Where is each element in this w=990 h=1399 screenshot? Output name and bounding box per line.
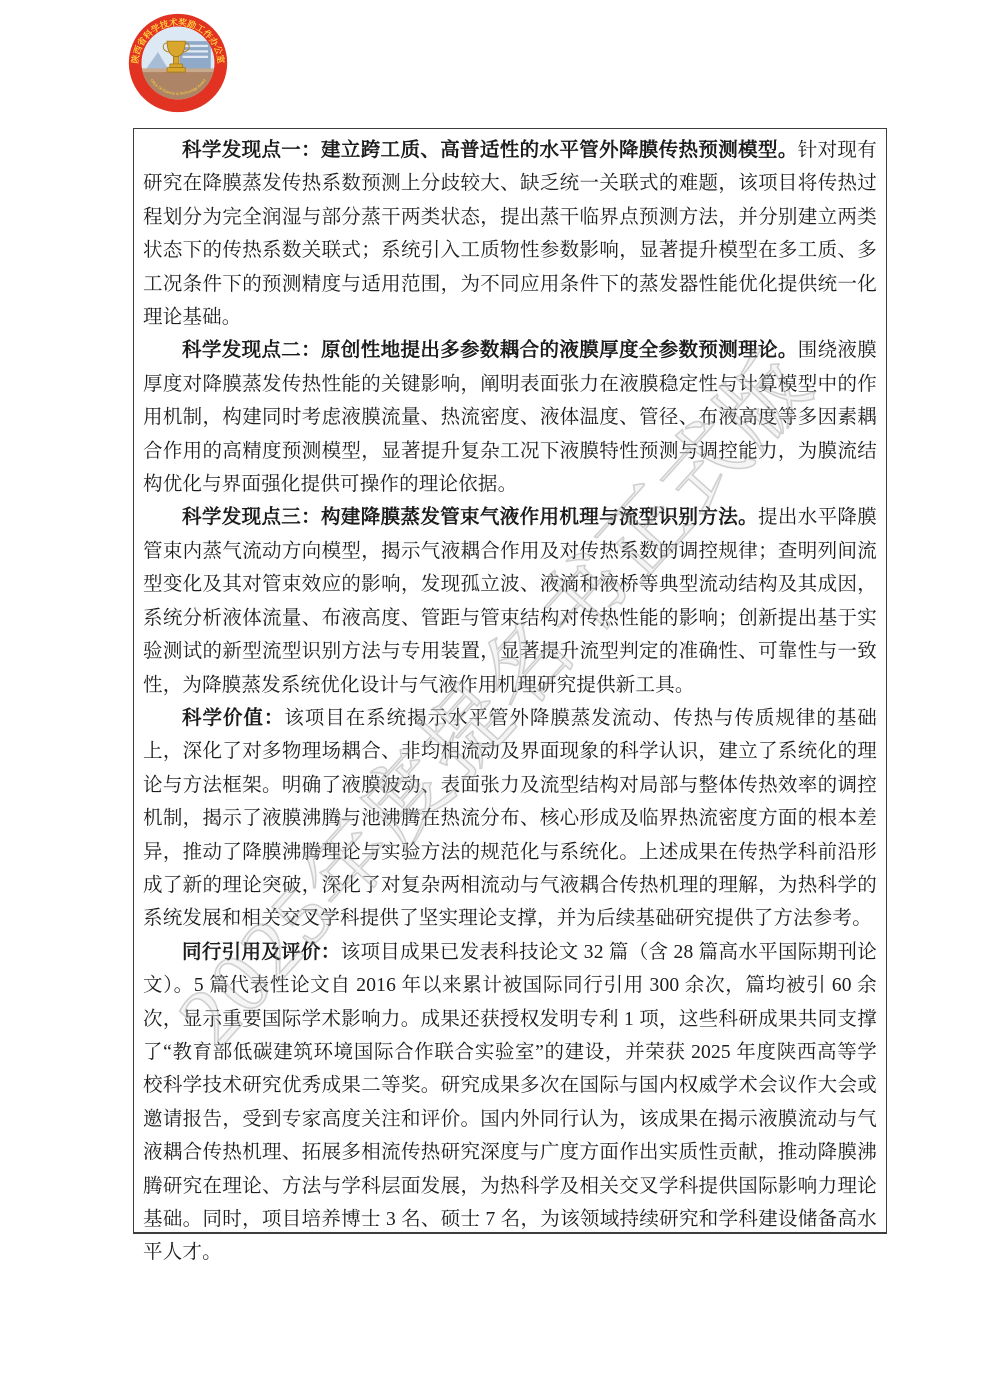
paragraph-discovery-3: 科学发现点三：构建降膜蒸发管束气液作用机理与流型识别方法。提出水平降膜管束内蒸气… <box>143 501 877 701</box>
paragraph-lead: 科学发现点二：原创性地提出多参数耦合的液膜厚度全参数预测理论。 <box>182 340 798 361</box>
paragraph-lead: 科学价值： <box>182 708 284 729</box>
paragraph-lead: 科学发现点三：构建降膜蒸发管束气液作用机理与流型识别方法。 <box>182 507 758 528</box>
paragraph-body: 围绕液膜厚度对降膜蒸发传热性能的关键影响，阐明表面张力在液膜稳定性与计算模型中的… <box>143 340 877 495</box>
paragraph-scientific-value: 科学价值：该项目在系统揭示水平管外降膜蒸发流动、传热与传质规律的基础上，深化了对… <box>143 702 877 936</box>
paragraph-discovery-1: 科学发现点一：建立跨工质、高普适性的水平管外降膜传热预测模型。针对现有研究在降膜… <box>143 134 877 334</box>
paragraph-lead: 同行引用及评价： <box>182 942 341 963</box>
content-box: 科学发现点一：建立跨工质、高普适性的水平管外降膜传热预测模型。针对现有研究在降膜… <box>133 128 887 1234</box>
paragraph-body: 提出水平降膜管束内蒸气流动方向模型，揭示气液耦合作用及对传热系数的调控规律；查明… <box>143 507 877 695</box>
paragraph-body: 针对现有研究在降膜蒸发传热系数预测上分歧较大、缺乏统一关联式的难题，该项目将传热… <box>143 140 877 328</box>
paragraph-discovery-2: 科学发现点二：原创性地提出多参数耦合的液膜厚度全参数预测理论。围绕液膜厚度对降膜… <box>143 334 877 501</box>
document-page: 陕西省科学技术奖励工作办公室 Office Of Science & Techn… <box>0 0 990 1399</box>
paragraph-lead: 科学发现点一：建立跨工质、高普适性的水平管外降膜传热预测模型。 <box>182 140 798 161</box>
seal-graphic: 陕西省科学技术奖励工作办公室 Office Of Science & Techn… <box>127 12 229 114</box>
paragraph-body: 该项目在系统揭示水平管外降膜蒸发流动、传热与传质规律的基础上，深化了对多物理场耦… <box>143 708 877 929</box>
award-office-seal: 陕西省科学技术奖励工作办公室 Office Of Science & Techn… <box>127 12 229 114</box>
paragraph-peer-citation: 同行引用及评价：该项目成果已发表科技论文 32 篇（含 28 篇高水平国际期刊论… <box>143 936 877 1270</box>
paragraph-body: 该项目成果已发表科技论文 32 篇（含 28 篇高水平国际期刊论文）。5 篇代表… <box>143 942 877 1264</box>
